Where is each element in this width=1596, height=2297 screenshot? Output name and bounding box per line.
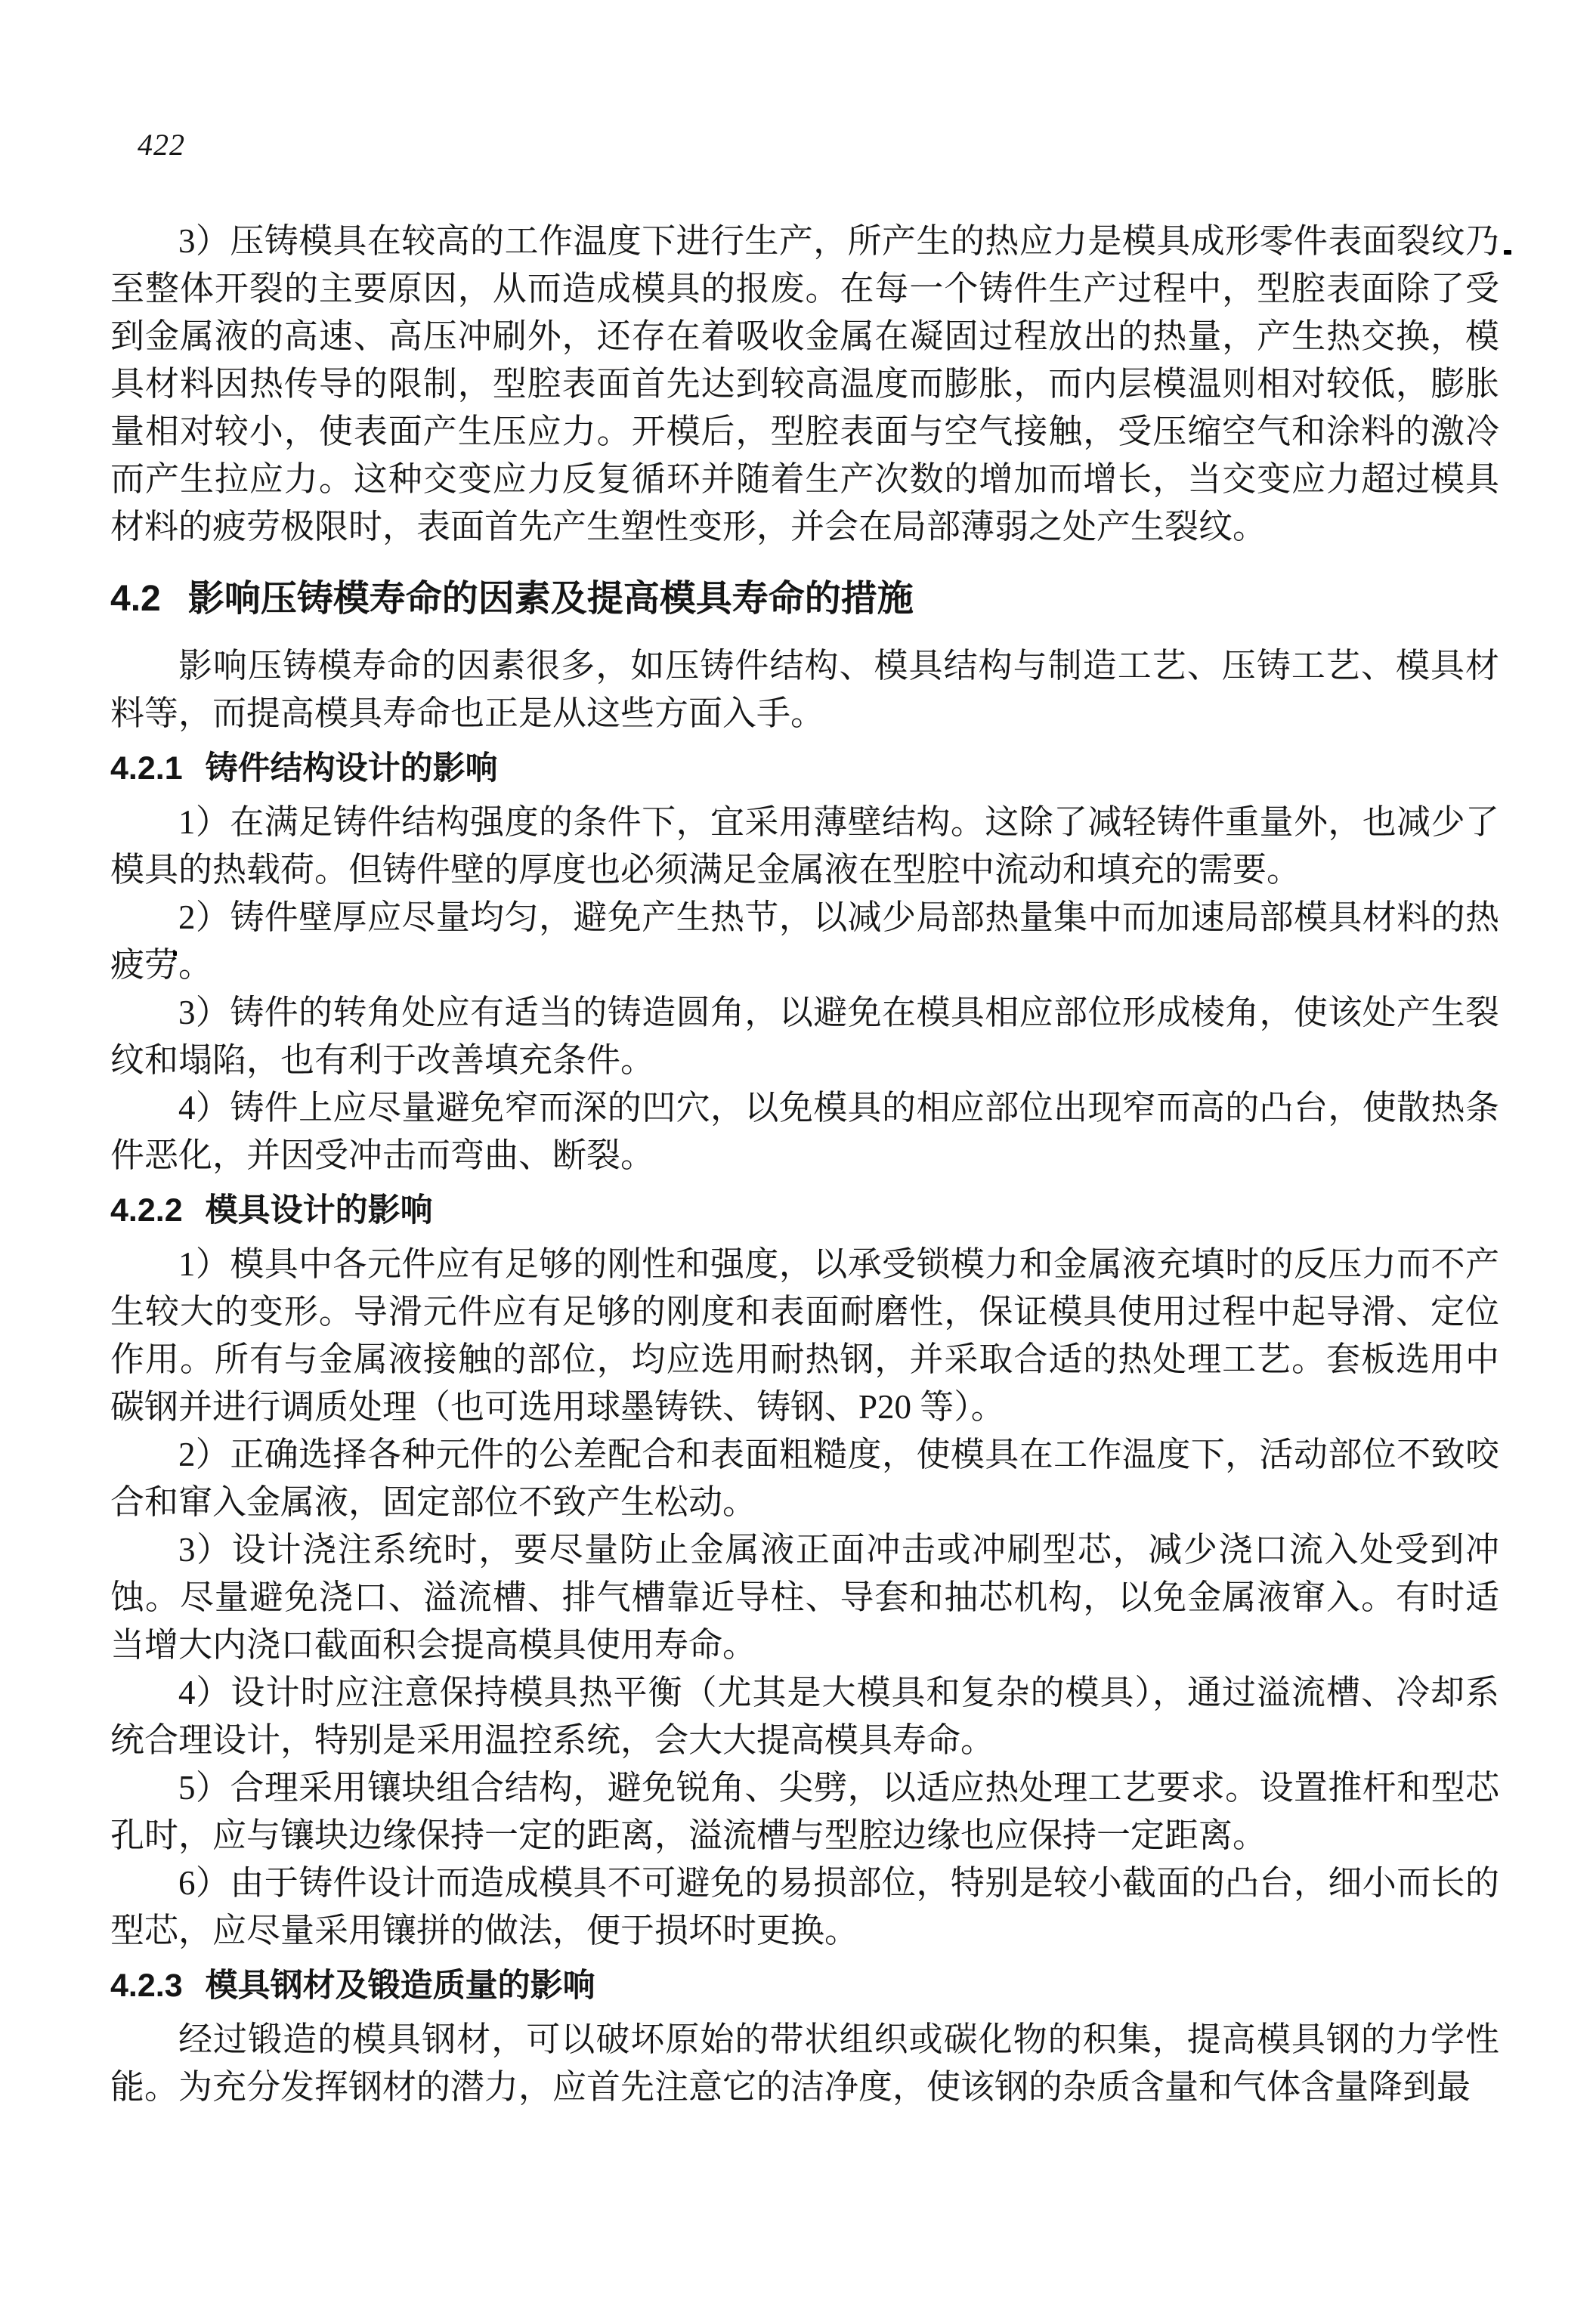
body-paragraph: 影响压铸模寿命的因素很多，如压铸件结构、模具结构与制造工艺、压铸工艺、模具材料等…	[110, 642, 1499, 737]
subsection-number: 4.2.2	[110, 1192, 183, 1229]
subsection-title: 模具钢材及锻造质量的影响	[206, 1968, 595, 2004]
section-heading-4-2: 4.2影响压铸模寿命的因素及提高模具寿命的措施	[110, 575, 1499, 623]
subsection-heading-4-2-2: 4.2.2模具设计的影响	[110, 1187, 1499, 1235]
subsection-heading-4-2-3: 4.2.3模具钢材及锻造质量的影响	[110, 1962, 1499, 2010]
body-paragraph: 1）模具中各元件应有足够的刚性和强度，以承受锁模力和金属液充填时的反压力而不产生…	[110, 1241, 1499, 1431]
body-paragraph: 5）合理采用镶块组合结构，避免锐角、尖劈，以适应热处理工艺要求。设置推杆和型芯孔…	[110, 1764, 1499, 1860]
body-paragraph: 6）由于铸件设计而造成模具不可避免的易损部位，特别是较小截面的凸台，细小而长的型…	[110, 1860, 1499, 1955]
body-paragraph: 4）铸件上应尽量避免窄而深的凹穴，以免模具的相应部位出现窄而高的凸台，使散热条件…	[110, 1084, 1499, 1179]
body-paragraph: 3）压铸模具在较高的工作温度下进行生产，所产生的热应力是模具成形零件表面裂纹乃至…	[110, 218, 1499, 551]
document-page: 422 3）压铸模具在较高的工作温度下进行生产，所产生的热应力是模具成形零件表面…	[0, 0, 1596, 2297]
body-paragraph: 3）铸件的转角处应有适当的铸造圆角，以避免在模具相应部位形成棱角，使该处产生裂纹…	[110, 989, 1499, 1084]
body-paragraph: 3）设计浇注系统时，要尽量防止金属液正面冲击或冲刷型芯，减少浇口流入处受到冲蚀。…	[110, 1526, 1499, 1669]
section-title: 影响压铸模寿命的因素及提高模具寿命的措施	[188, 579, 914, 619]
subsection-heading-4-2-1: 4.2.1铸件结构设计的影响	[110, 745, 1499, 793]
body-paragraph: 2）铸件壁厚应尽量均匀，避免产生热节，以减少局部热量集中而加速局部模具材料的热疲…	[110, 894, 1499, 989]
body-paragraph: 2）正确选择各种元件的公差配合和表面粗糙度，使模具在工作温度下，活动部位不致咬合…	[110, 1431, 1499, 1526]
subsection-title: 铸件结构设计的影响	[206, 750, 498, 787]
scan-artifact-dot	[173, 951, 177, 956]
page-number: 422	[138, 127, 1499, 163]
section-number: 4.2	[110, 579, 161, 619]
subsection-title: 模具设计的影响	[206, 1192, 433, 1229]
body-paragraph: 经过锻造的模具钢材，可以破坏原始的带状组织或碳化物的积集，提高模具钢的力学性能。…	[110, 2016, 1499, 2111]
body-paragraph: 4）设计时应注意保持模具热平衡（尤其是大模具和复杂的模具），通过溢流槽、冷却系统…	[110, 1669, 1499, 1764]
subsection-number: 4.2.3	[110, 1968, 183, 2004]
body-paragraph: 1）在满足铸件结构强度的条件下，宜采用薄壁结构。这除了减轻铸件重量外，也减少了模…	[110, 799, 1499, 894]
subsection-number: 4.2.1	[110, 750, 183, 787]
scan-artifact-dot	[1504, 250, 1511, 255]
